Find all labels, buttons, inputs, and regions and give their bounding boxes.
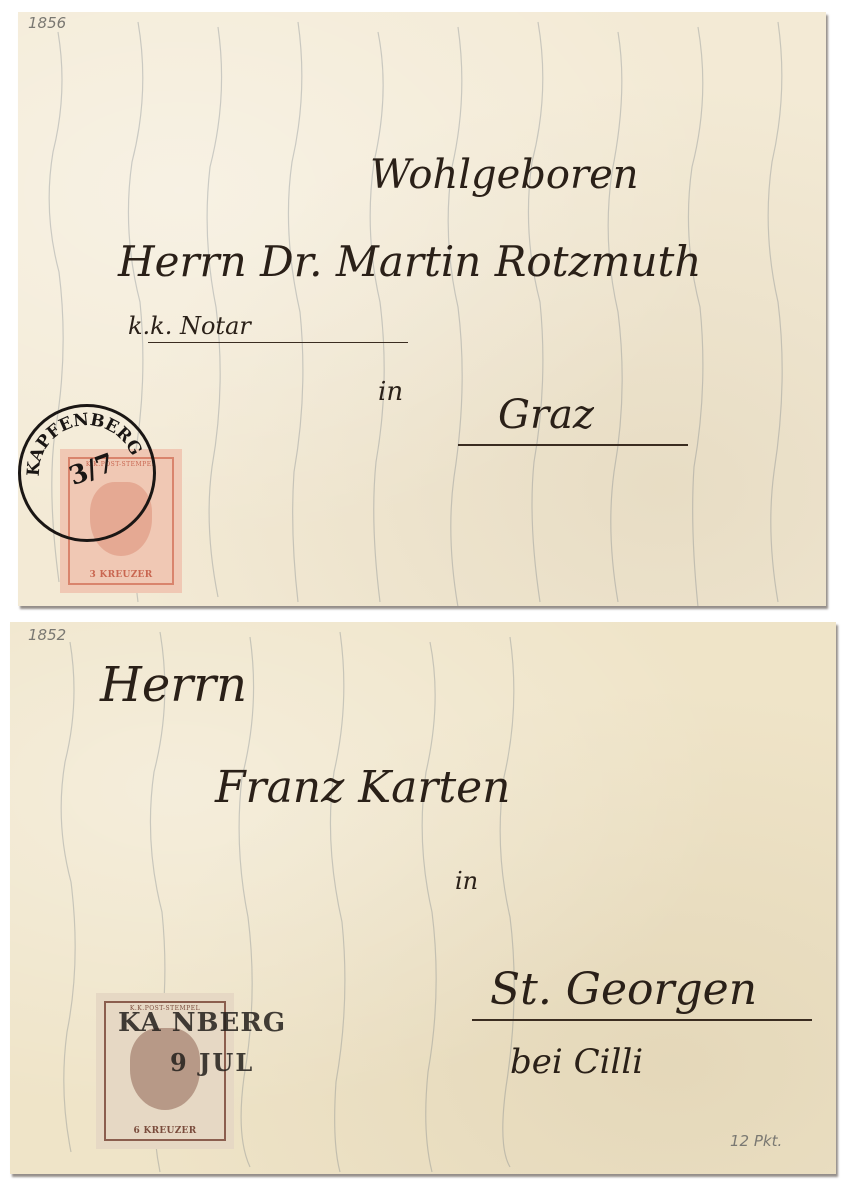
stamp-value: 6 KREUZER	[133, 1126, 196, 1136]
address-salutation: Wohlgeboren	[370, 152, 639, 198]
address-recipient: Herrn Dr. Martin Rotzmuth	[118, 237, 701, 286]
address-salutation: Herrn	[100, 657, 247, 713]
linear-postmark-date: 9 JUL	[170, 1048, 254, 1077]
year-note: 1852	[28, 626, 66, 644]
address-region: bei Cilli	[510, 1042, 643, 1082]
linear-postmark-town: KA NBERG	[118, 1008, 286, 1038]
address-preposition: in	[378, 377, 403, 407]
stamp-value: 3 KREUZER	[89, 570, 152, 580]
address-destination: St. Georgen	[490, 964, 757, 1015]
address-title: k.k. Notar	[128, 312, 251, 340]
title-underline	[148, 342, 408, 343]
year-note: 1856	[28, 14, 66, 32]
circular-postmark: KAPFENBERG 3/7	[18, 404, 156, 542]
address-destination: Graz	[498, 392, 594, 438]
address-recipient: Franz Karten	[215, 762, 511, 813]
destination-underline	[472, 1019, 812, 1021]
address-preposition: in	[455, 867, 478, 895]
destination-underline	[458, 444, 688, 446]
pencil-note: 12 Pkt.	[730, 1132, 782, 1150]
